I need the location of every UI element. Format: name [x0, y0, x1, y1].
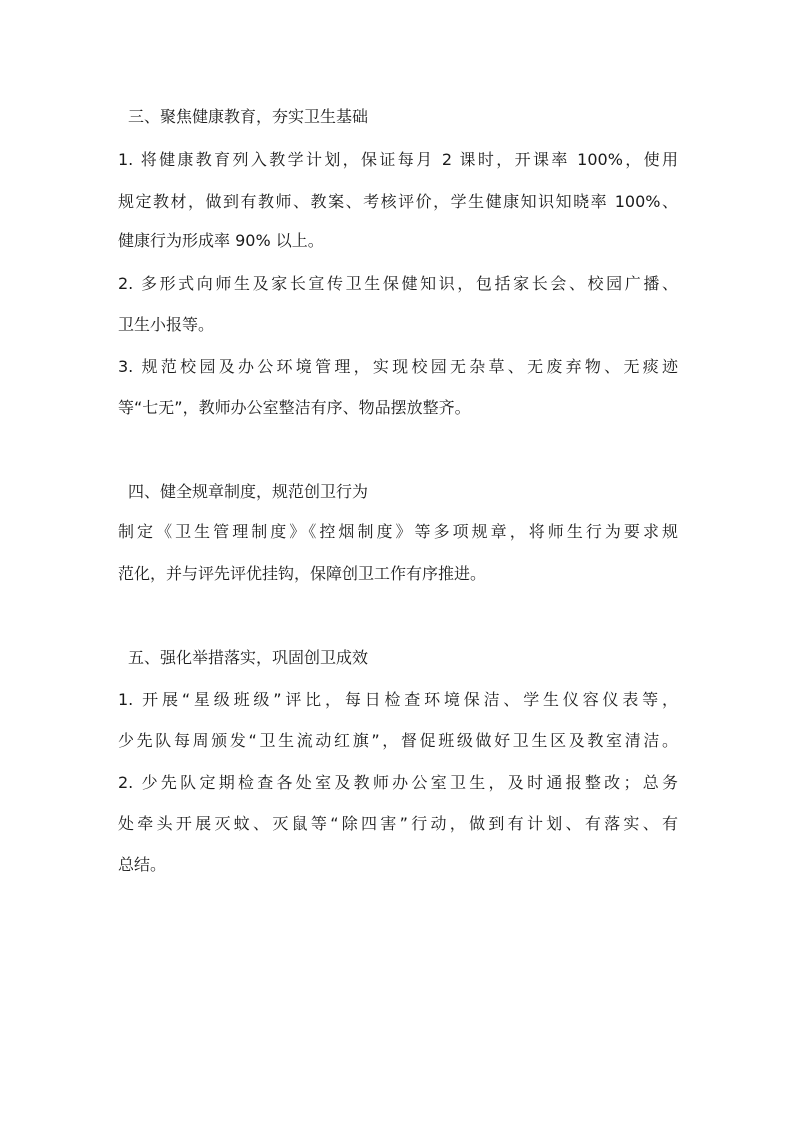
- section-heading: 三、聚焦健康教育，夯实卫生基础: [118, 107, 368, 127]
- paragraph-line: 等“七无”，教师办公室整洁有序、物品摆放整齐。: [118, 398, 471, 418]
- paragraph-line: 少先队每周颁发“卫生流动红旗”，督促班级做好卫生区及教室清洁。: [118, 731, 678, 751]
- paragraph-line: 制定《卫生管理制度》《控烟制度》等多项规章，将师生行为要求规: [118, 522, 678, 542]
- paragraph-line: 3. 规范校园及办公环境管理，实现校园无杂草、无废弃物、无痰迹: [118, 357, 678, 377]
- section-heading: 五、强化举措落实，巩固创卫成效: [118, 648, 368, 668]
- paragraph-line: 健康行为形成率 90% 以上。: [118, 231, 324, 251]
- section-heading: 四、健全规章制度，规范创卫行为: [118, 482, 368, 502]
- paragraph-line: 2. 多形式向师生及家长宣传卫生保健知识，包括家长会、校园广播、: [118, 274, 678, 294]
- paragraph-line: 规定教材，做到有教师、教案、考核评价，学生健康知识知晓率 100%、: [118, 192, 678, 212]
- paragraph-line: 卫生小报等。: [118, 315, 214, 335]
- paragraph-line: 处牵头开展灭蚊、灭鼠等“除四害”行动，做到有计划、有落实、有: [118, 814, 678, 834]
- paragraph-line: 2. 少先队定期检查各处室及教师办公室卫生，及时通报整改；总务: [118, 773, 678, 793]
- paragraph-line: 范化，并与评先评优挂钩，保障创卫工作有序推进。: [118, 564, 486, 584]
- paragraph-line: 总结。: [118, 855, 166, 875]
- paragraph-line: 1. 开展“星级班级”评比，每日检查环境保洁、学生仪容仪表等，: [118, 690, 678, 710]
- paragraph-line: 1. 将健康教育列入教学计划，保证每月 2 课时，开课率 100%，使用: [118, 150, 678, 170]
